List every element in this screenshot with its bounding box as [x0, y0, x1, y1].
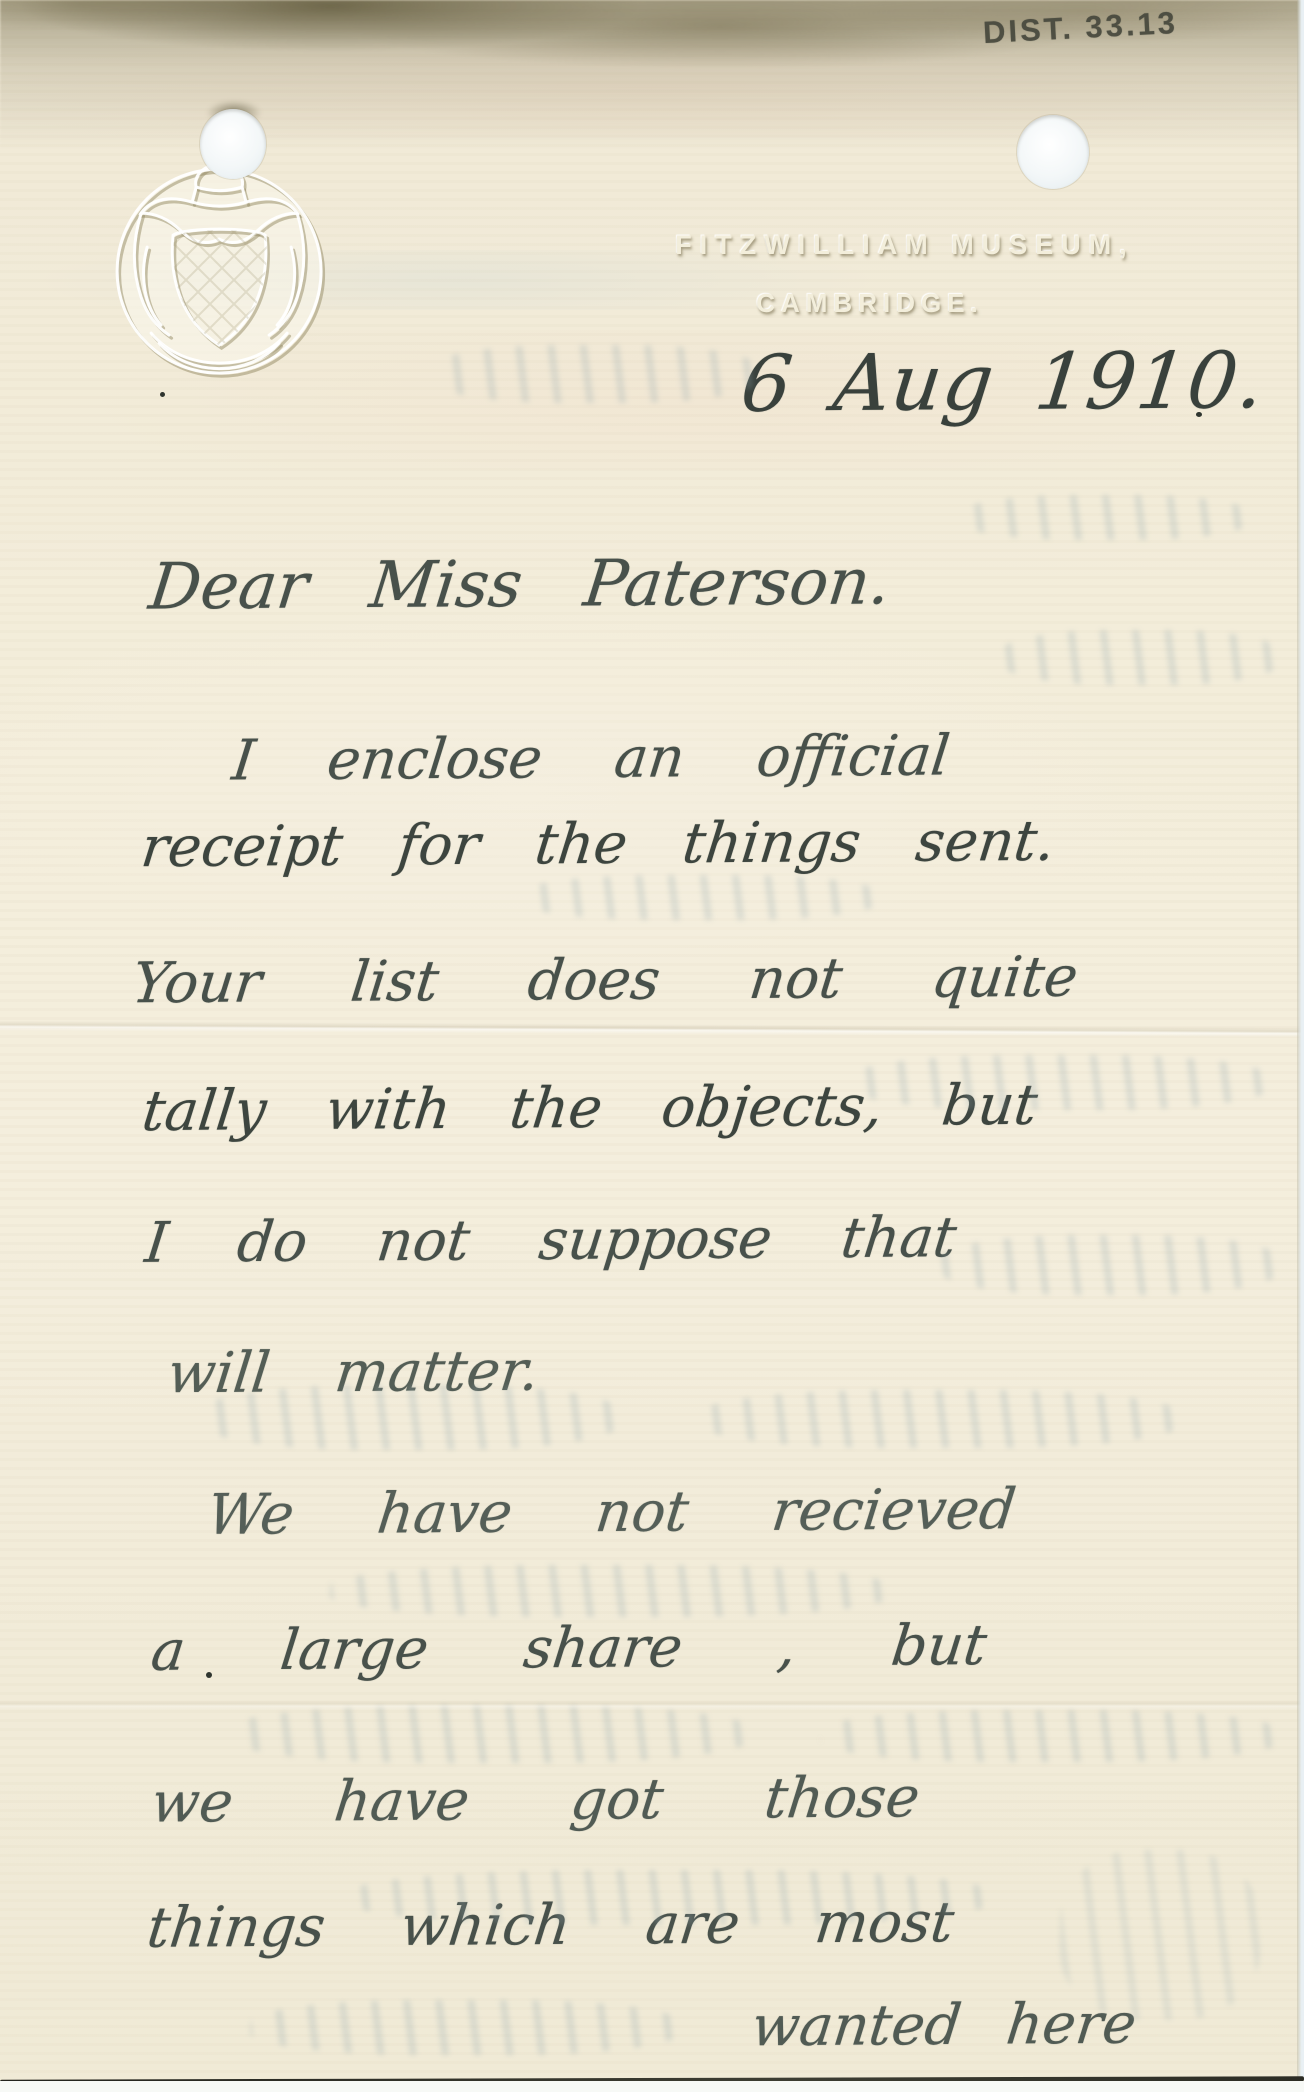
ink-bleed-ghost: [1000, 630, 1280, 685]
body-line: will matter.: [164, 1339, 542, 1407]
ink-bleed-ghost: [520, 875, 880, 920]
punch-hole-right: [1017, 115, 1089, 189]
ink-bleed-ghost: [820, 1710, 1280, 1762]
scan-tint: [0, 42, 1304, 137]
letterhead-line1: FITZWILLIAM MUSEUM,: [645, 230, 1165, 261]
ink-bleed-ghost: [230, 1705, 750, 1763]
body-line: We have not recieved: [204, 1477, 1019, 1548]
body-line: Your list does not quite: [129, 945, 1081, 1017]
ink-bleed-ghost: [330, 1565, 890, 1617]
ink-bleed-ghost: [430, 345, 760, 403]
body-line: a large share , but: [148, 1613, 990, 1684]
fold-crease: [0, 1021, 1304, 1038]
fold-crease: [0, 1700, 1304, 1710]
body-line: tally with the objects, but: [139, 1073, 1041, 1144]
scanner-background: [0, 2081, 1304, 2092]
embossed-crest-icon: [90, 148, 354, 400]
punch-hole-left: [200, 109, 266, 179]
page-right-edge: [1297, 0, 1304, 2080]
body-line: wanted here: [748, 1992, 1140, 2060]
body-line: receipt for the things sent.: [138, 809, 1058, 880]
body-line: I enclose an official: [229, 724, 953, 794]
ink-speck: [160, 392, 165, 397]
body-line: things which are most: [144, 1890, 957, 1961]
salutation-line: Dear Miss Paterson.: [145, 545, 894, 624]
letterhead-line2: CAMBRIDGE.: [610, 288, 1130, 319]
ink-bleed-ghost: [960, 495, 1250, 540]
letter-scan: FITZWILLIAM MUSEUM, CAMBRIDGE. DIST. 33.…: [0, 0, 1304, 2092]
ink-speck: [1196, 412, 1202, 417]
ink-bleed-ghost: [250, 2000, 680, 2055]
ink-bleed-ghost: [700, 1390, 1180, 1448]
ink-speck: [206, 1672, 212, 1678]
body-line: I do not suppose that: [142, 1205, 960, 1276]
body-line: we have got those: [148, 1765, 923, 1835]
date-line: 6 Aug 1910.: [737, 336, 1270, 430]
ink-bleed-ghost: [940, 1235, 1280, 1295]
archive-reference: DIST. 33.13: [982, 5, 1179, 51]
